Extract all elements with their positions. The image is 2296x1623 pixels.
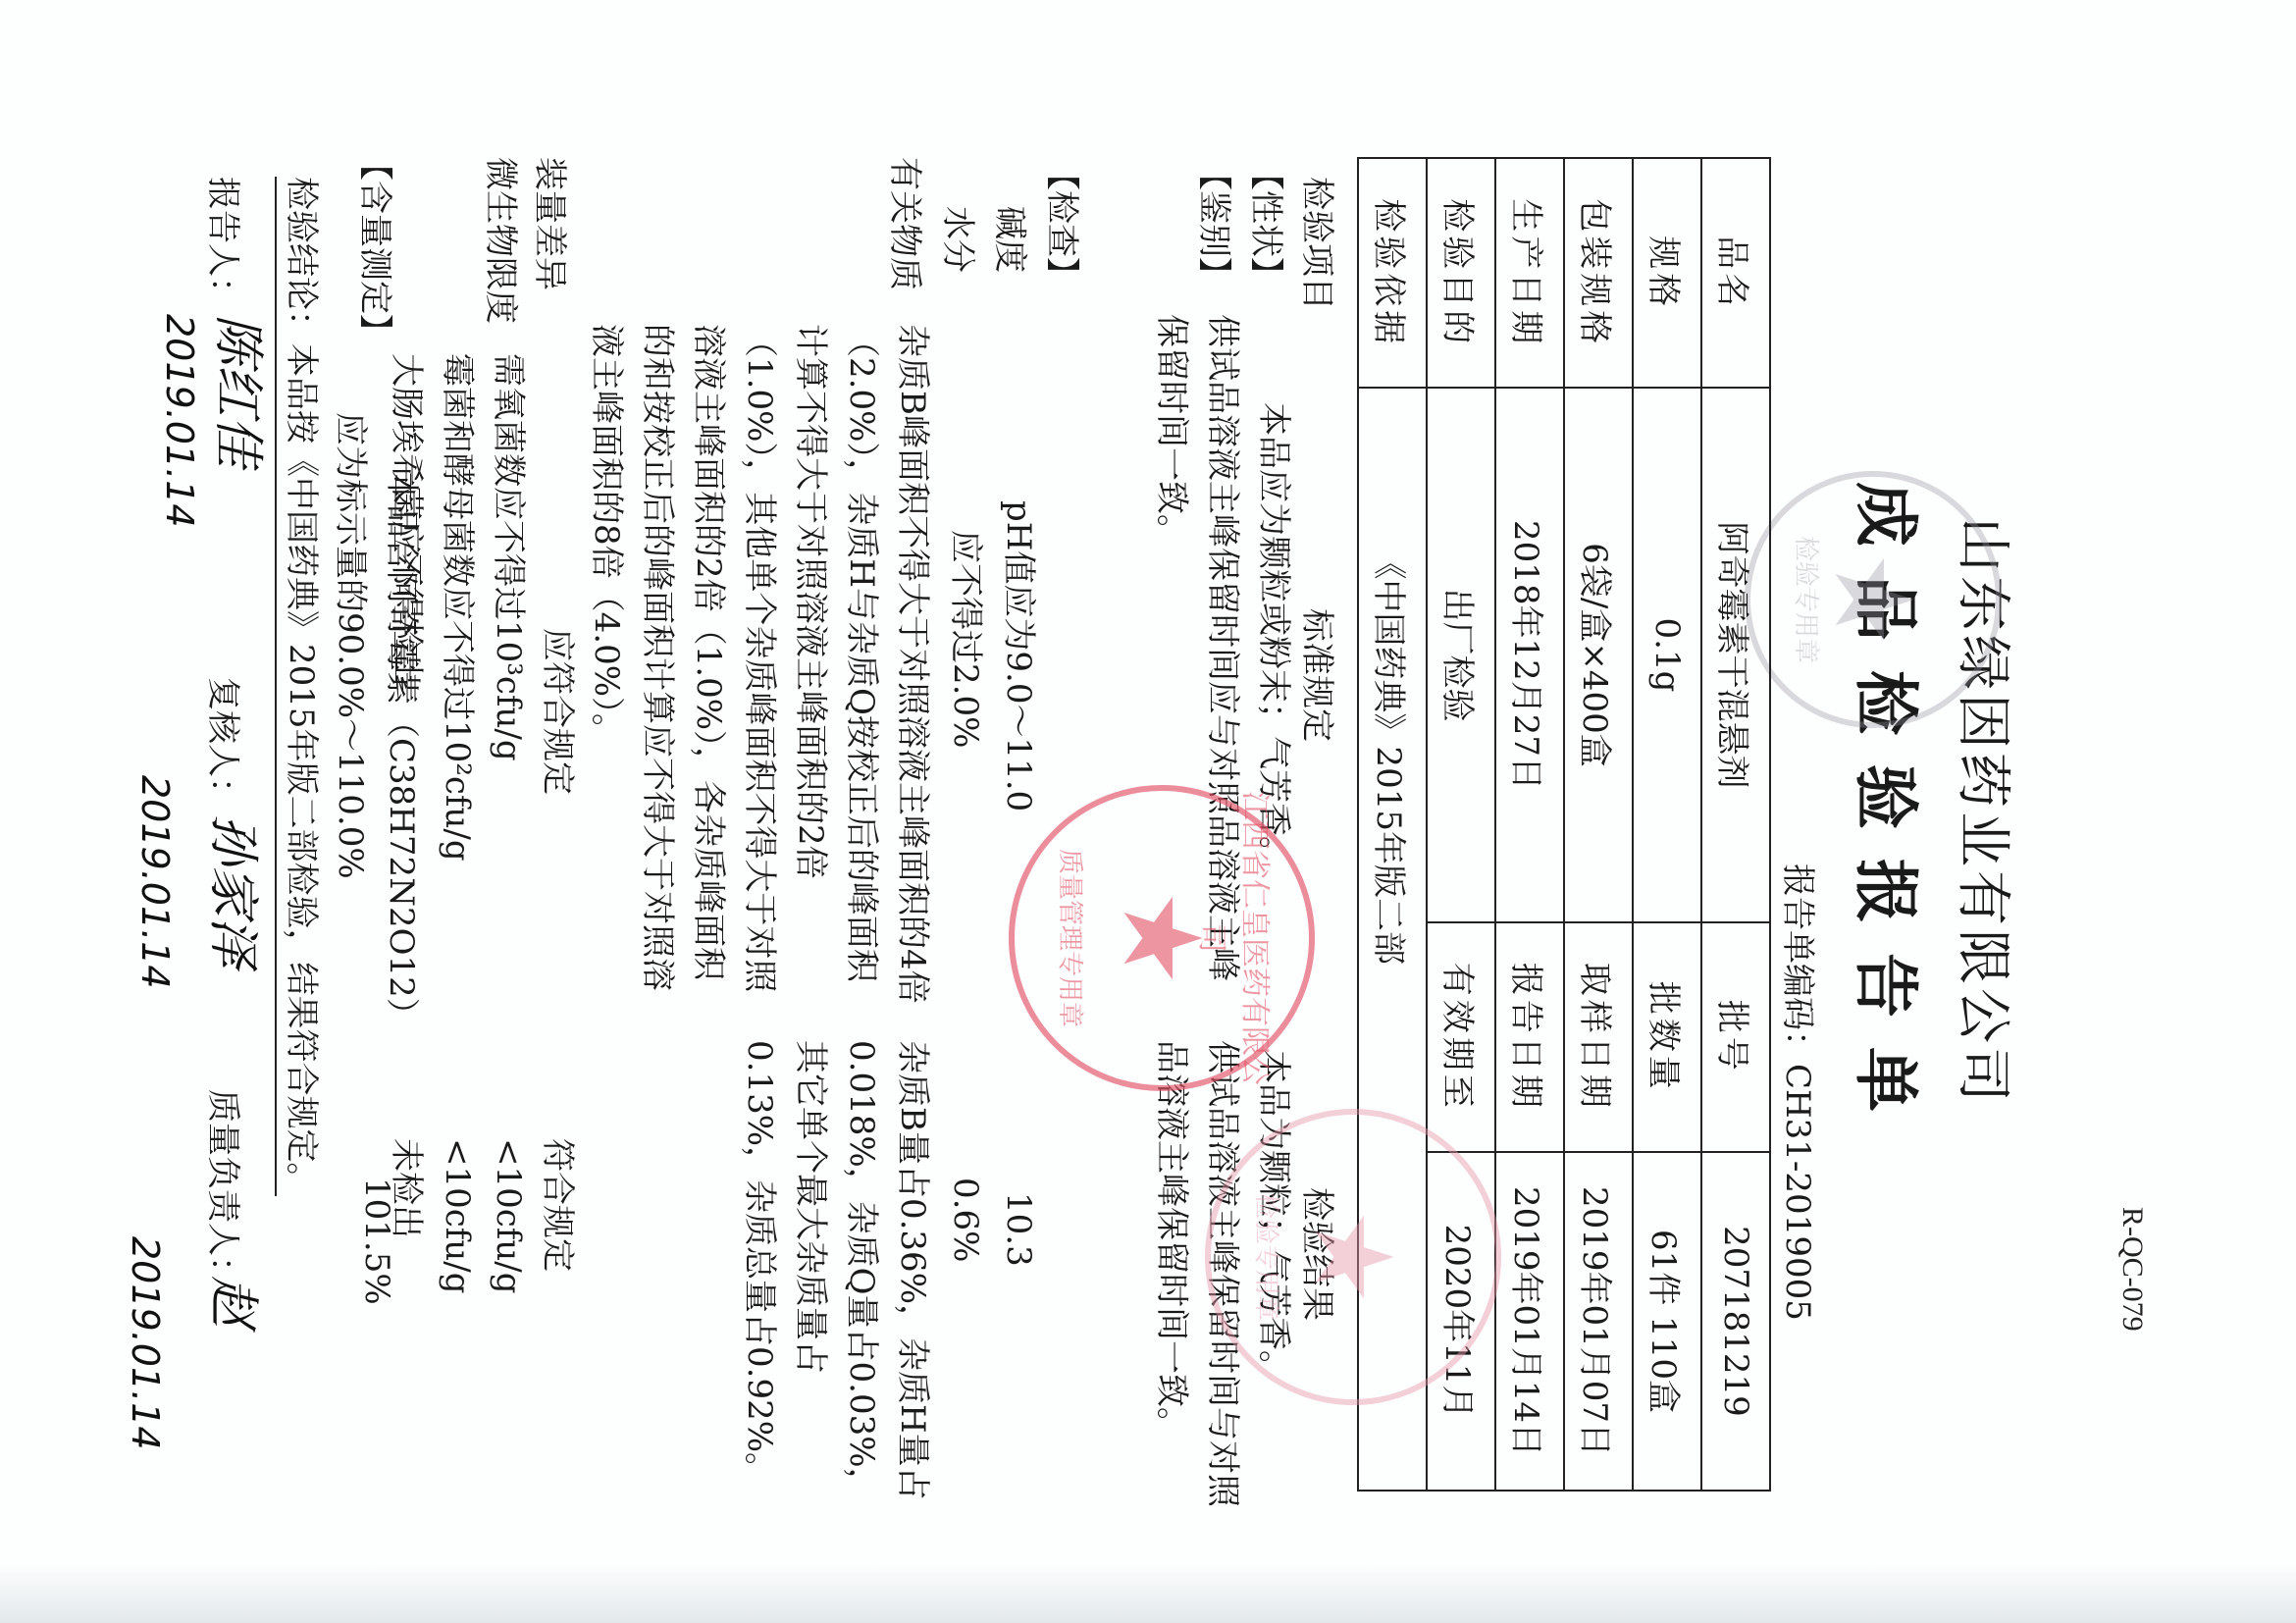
red-stamp-subtext: 质量管理专用章 [1054, 791, 1090, 1085]
report-number: 报告单编码：CH31-2019005 [1777, 864, 1825, 1321]
result-water: 0.6% [940, 1178, 991, 1262]
reporter-date: 2019.01.14 [158, 314, 201, 528]
value-batch-qty: 61件 110盒 [1633, 1152, 1701, 1491]
result-assay: 101.5% [351, 1178, 402, 1305]
document-title: 成品检验报告单 [1845, 0, 1938, 1623]
value-production-date: 2018年12月27日 [1495, 388, 1564, 921]
table-row: 生产日期 2018年12月27日 报告日期 2019年01月14日 [1495, 158, 1564, 1491]
value-package-spec: 6袋/盒×400盒 [1564, 388, 1633, 921]
label-basis: 检验依据 [1358, 158, 1427, 388]
red-company-stamp: 江西省仁皇医药有限公司 ★ 质量管理专用章 [1009, 785, 1315, 1091]
label-batch-qty: 批数量 [1633, 922, 1701, 1152]
stamp-star-icon: ★ [1299, 1209, 1407, 1306]
label-package-spec: 包装规格 [1564, 158, 1633, 388]
standard-assay-line2: 应为标示量的90.0%～110.0% [325, 412, 376, 1099]
value-batch-no: 207181219 [1701, 1152, 1770, 1491]
standard-mold-yeast: 霉菌和酵母菌数应不得过10²cfu/g [432, 353, 483, 1040]
item-water: 水分 [937, 206, 985, 273]
qa-signature: 赵 [201, 1276, 275, 1327]
label-report-date: 报告日期 [1495, 922, 1564, 1152]
table-row: 包装规格 6袋/盒×400盒 取样日期 2019年01月07日 [1564, 158, 1633, 1491]
item-fill-variation: 装量差异 [529, 157, 577, 290]
standard-related-substances: 杂质B峰面积不得大于对照溶液主峰面积的4倍（2.0%），杂质H与杂质Q按校正后的… [581, 324, 938, 1011]
stamp-star-icon: ★ [1819, 551, 1927, 649]
result-fill-variation: 符合规定 [532, 1138, 583, 1272]
result-related-substances: 杂质B量占0.36%，杂质H量占0.018%，杂质Q量占0.03%，其它单个最大… [734, 1040, 938, 1511]
gray-stamp-text: 检验专用章 [1790, 477, 1826, 722]
label-expiry: 有效期至 [1427, 922, 1495, 1152]
label-sampling-date: 取样日期 [1564, 922, 1633, 1152]
result-microbial-limit: <10cfu/g <10cfu/g 未检出 [381, 1138, 534, 1294]
standard-water: 应不得过2.0% [940, 530, 991, 922]
column-head-standard: 标准规定 [1296, 608, 1344, 742]
reporter-signature: 陈红佳 [206, 314, 280, 467]
qa-label: 质量负责人： [202, 1089, 250, 1289]
pink-stamp-text: 检验专用章 [1250, 1115, 1286, 1399]
table-row: 规格 0.1g 批数量 61件 110盒 [1633, 158, 1701, 1491]
item-microbial-limit: 微生物限度 [480, 157, 528, 324]
company-name: 山东绿因药业有限公司 [1948, 0, 2026, 1623]
result-alkalinity: 10.3 [993, 1192, 1044, 1267]
reviewer-date: 2019.01.14 [133, 775, 177, 989]
value-product-name: 阿奇霉素干混悬剂 [1701, 388, 1770, 921]
standard-aerobic: 需氧菌数应不得过10³cfu/g [483, 353, 534, 1040]
value-spec: 0.1g [1633, 388, 1701, 921]
report-number-label: 报告单编码： [1778, 864, 1817, 1064]
label-production-date: 生产日期 [1495, 158, 1564, 388]
item-identification: 【鉴别】 [1193, 157, 1241, 290]
table-row: 品名 阿奇霉素干混悬剂 批号 207181219 [1701, 158, 1770, 1491]
item-appearance: 【性状】 [1245, 157, 1293, 290]
label-purpose: 检验目的 [1427, 158, 1495, 388]
red-stamp-text: 江西省仁皇医药有限公司 [1193, 791, 1279, 1085]
column-head-item: 检验项目 [1296, 177, 1344, 310]
standard-fill-variation: 应符合规定 [532, 628, 583, 795]
value-report-date: 2019年01月14日 [1495, 1152, 1564, 1491]
value-purpose: 出厂检验 [1427, 388, 1495, 921]
reviewer-label: 复核人： [202, 677, 250, 811]
form-code: R-QC-079 [2115, 1207, 2149, 1332]
pink-inspection-stamp: ★ 检验专用章 [1205, 1109, 1501, 1405]
conclusion: 检验结论：本品按《中国药典》2015年版二部检验，结果符合规定。 [275, 177, 329, 1196]
reviewer-signature: 孙家泽 [201, 814, 275, 968]
value-sampling-date: 2019年01月07日 [1564, 1152, 1633, 1491]
item-assay: 【含量测定】 [354, 147, 402, 347]
label-product-name: 品名 [1701, 158, 1770, 388]
label-batch-no: 批号 [1701, 922, 1770, 1152]
result-aerobic: <10cfu/g [483, 1138, 534, 1294]
inspection-report-page: R-QC-079 山东绿因药业有限公司 成品检验报告单 报告单编码：CH31-2… [0, 0, 2296, 1623]
standard-assay: 本品含阿奇霉素（C38H72N2O12） 应为标示量的90.0%～110.0% [325, 412, 427, 1099]
qa-date: 2019.01.14 [124, 1236, 167, 1450]
item-inspection: 【检查】 [1041, 157, 1089, 290]
gray-stamp: ★ 检验专用章 [1745, 471, 2002, 728]
reporter-label: 报告人： [202, 177, 250, 310]
result-mold-yeast: <10cfu/g [432, 1138, 483, 1294]
item-alkalinity: 碱度 [989, 206, 1037, 273]
report-number-value: CH31-2019005 [1778, 1064, 1817, 1321]
label-spec: 规格 [1633, 158, 1701, 388]
item-related-substances: 有关物质 [884, 157, 932, 290]
standard-assay-line1: 本品含阿奇霉素（C38H72N2O12） [376, 412, 427, 1099]
